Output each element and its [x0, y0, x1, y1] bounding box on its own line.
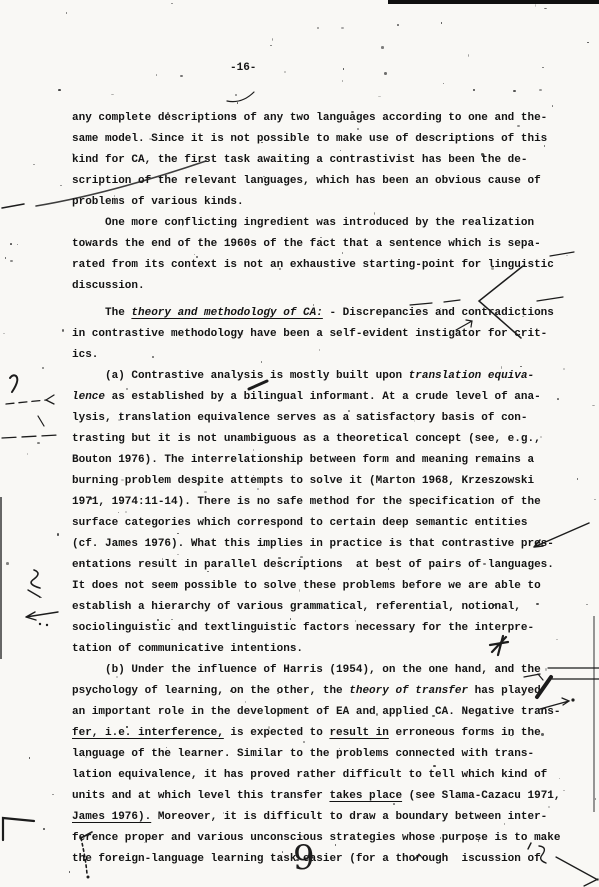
scan-speck	[586, 604, 587, 605]
scan-speck	[535, 4, 536, 7]
text-line: in contrastive methodology have been a s…	[72, 328, 582, 349]
text-segment: sociolinguistic and textlinguistic facto…	[72, 622, 534, 634]
scan-edge-left-line	[0, 497, 2, 659]
scan-speck	[272, 38, 273, 41]
margin-arrowhead-left	[46, 395, 54, 404]
text-line: problems of various kinds.	[72, 196, 582, 217]
text-segment: lation equivalence, it has proved rather…	[72, 769, 547, 781]
text-segment: result in	[329, 727, 388, 739]
scan-speck	[397, 24, 399, 26]
text-line: 1971, 1974:11-14). There is no safe meth…	[72, 496, 582, 517]
text-line: lysis, translation equivalence serves as…	[72, 412, 582, 433]
text-segment: erroneous forms in the	[389, 727, 541, 739]
text-segment: psychology of learning, on the other, th…	[72, 685, 349, 697]
text-line: entations result in parallel description…	[72, 559, 582, 580]
scan-speck	[180, 75, 183, 78]
scan-speck	[381, 46, 384, 48]
text-line: psychology of learning, on the other, th…	[72, 685, 582, 706]
scan-speck	[441, 22, 443, 24]
scan-speck	[443, 83, 444, 84]
margin-tick-left	[38, 416, 44, 426]
text-line: ics.	[72, 349, 582, 370]
text-segment: ference proper and various unconscious s…	[72, 832, 560, 844]
text-segment: towards the end of the 1960s of the fact…	[72, 238, 541, 250]
text-line: lence as established by a bilingual info…	[72, 391, 582, 412]
text-line: tation of communicative intentions.	[72, 643, 582, 664]
text-segment: rated from its context is not an exhaust…	[72, 259, 554, 271]
margin-arrow-left	[26, 612, 58, 620]
text-segment: language of the learner. Similar to the …	[72, 748, 534, 760]
text-line: surface categories which correspond to c…	[72, 517, 582, 538]
scan-speck	[17, 244, 18, 245]
scan-speck	[544, 8, 547, 9]
text-line: discussion.	[72, 280, 582, 301]
text-line: rated from its context is not an exhaust…	[72, 259, 582, 280]
text-line: language of the learner. Similar to the …	[72, 748, 582, 769]
text-segment: translation equiva-	[409, 370, 534, 382]
scan-speck	[343, 68, 344, 70]
scan-speck	[43, 828, 45, 830]
text-line: One more conflicting ingredient was intr…	[72, 217, 582, 238]
text-body: any complete descriptions of any two lan…	[72, 112, 582, 874]
scan-speck	[341, 27, 344, 30]
scan-speck	[235, 94, 238, 96]
scan-speck	[587, 42, 588, 43]
scan-speck	[171, 3, 173, 4]
page-number: -16-	[230, 62, 256, 74]
scan-speck	[156, 74, 157, 76]
scan-speck	[270, 45, 272, 46]
text-segment: lence	[72, 391, 105, 403]
text-line: kind for CA, the first task awaiting a c…	[72, 154, 582, 175]
text-segment: discussion.	[72, 280, 145, 292]
text-line: It does not seem possible to solve these…	[72, 580, 582, 601]
text-segment: any complete descriptions of any two lan…	[72, 112, 547, 124]
scan-edge-top-bar	[388, 0, 599, 4]
text-segment: - Discrepancies and contradictions	[323, 307, 554, 319]
scan-speck	[595, 798, 596, 801]
text-segment: 1971, 1974:11-14). There is no safe meth…	[72, 496, 541, 508]
text-segment: Bouton 1976). The interrelationship betw…	[72, 454, 534, 466]
text-line: burning problem despite attempts to solv…	[72, 475, 582, 496]
text-segment: tation of communicative intentions.	[72, 643, 303, 655]
scan-speck	[10, 260, 12, 262]
margin-dash-arrow-left	[6, 400, 46, 404]
scan-speck	[111, 94, 114, 95]
text-segment: units and at which level this transfer	[72, 790, 329, 802]
text-segment: (b) Under the influence of Harris (1954)…	[105, 664, 541, 676]
text-line: an important role in the development of …	[72, 706, 582, 727]
bottom-left-bracket	[3, 818, 34, 840]
text-line: (a) Contrastive analysis is mostly built…	[72, 370, 582, 391]
text-segment: in contrastive methodology have been a s…	[72, 328, 547, 340]
scan-speck	[29, 757, 30, 759]
text-segment: trasting but it is not unambiguous as a …	[72, 433, 541, 445]
scan-speck	[552, 105, 553, 107]
scanned-page: -16- any complete descriptions of any tw…	[0, 0, 599, 887]
pen-dot-bottom	[87, 876, 90, 879]
text-segment: as established by a bilingual informant.…	[105, 391, 541, 403]
pen-dot-left-2	[46, 624, 48, 626]
scan-speck	[594, 499, 596, 500]
scan-speck	[5, 257, 7, 259]
text-segment: burning problem despite attempts to solv…	[72, 475, 534, 487]
scan-speck	[378, 96, 380, 97]
text-segment: James 1976).	[72, 811, 151, 823]
text-line: towards the end of the 1960s of the fact…	[72, 238, 582, 259]
text-segment: The	[105, 307, 131, 319]
text-segment: scription of the relevant languages, whi…	[72, 175, 541, 187]
scan-speck	[3, 333, 5, 334]
scan-speck	[57, 533, 59, 536]
text-segment: same model. Since it is not possible to …	[72, 133, 547, 145]
scan-speck	[384, 72, 387, 75]
text-line: trasting but it is not unambiguous as a …	[72, 433, 582, 454]
text-line: same model. Since it is not possible to …	[72, 133, 582, 154]
scan-speck	[539, 89, 542, 91]
text-segment: fer, i.e. interference,	[72, 727, 224, 739]
text-line: ference proper and various unconscious s…	[72, 832, 582, 853]
text-segment: surface categories which correspond to c…	[72, 517, 527, 529]
scan-speck	[66, 12, 67, 13]
text-segment: theory and methodology of CA:	[131, 307, 322, 319]
folio-number: 9	[293, 838, 315, 878]
pen-curve-under-pagenumber	[227, 92, 254, 102]
scan-speck	[284, 71, 286, 73]
scan-speck	[6, 562, 9, 565]
scan-edge-right-line	[593, 616, 595, 812]
margin-squiggle-upper-left	[10, 375, 17, 392]
scan-speck	[27, 453, 28, 456]
text-line: any complete descriptions of any two lan…	[72, 112, 582, 133]
scan-speck	[37, 442, 40, 444]
scan-speck	[513, 90, 515, 92]
margin-squiggle-left-2	[28, 590, 40, 597]
scan-speck	[592, 405, 595, 406]
text-segment: Moreover, it is difficult to draw a boun…	[151, 811, 547, 823]
text-segment: ics.	[72, 349, 98, 361]
text-segment: has played	[468, 685, 541, 697]
text-line: The theory and methodology of CA: - Disc…	[72, 307, 582, 328]
scan-speck	[237, 102, 238, 104]
text-segment: kind for CA, the first task awaiting a c…	[72, 154, 527, 166]
scan-speck	[542, 67, 544, 69]
scan-speck	[32, 436, 34, 437]
text-segment: (cf. James 1976). What this implies in p…	[72, 538, 554, 550]
text-line: scription of the relevant languages, whi…	[72, 175, 582, 196]
text-line: (b) Under the influence of Harris (1954)…	[72, 664, 582, 685]
text-segment: theory of transfer	[349, 685, 468, 697]
scan-speck	[468, 54, 469, 57]
text-segment: It does not seem possible to solve these…	[72, 580, 541, 592]
scan-speck	[62, 329, 64, 332]
pen-dot-left-1	[39, 623, 41, 625]
text-segment: an important role in the development of …	[72, 706, 560, 718]
scan-speck	[473, 89, 475, 90]
text-segment: One more conflicting ingredient was intr…	[105, 217, 534, 229]
text-segment: takes place	[329, 790, 402, 802]
text-line: (cf. James 1976). What this implies in p…	[72, 538, 582, 559]
text-line: Bouton 1976). The interrelationship betw…	[72, 454, 582, 475]
margin-dashline-left	[2, 435, 58, 438]
text-line: fer, i.e. interference, is expected to r…	[72, 727, 582, 748]
pen-dash-left-top	[2, 204, 24, 208]
text-line: James 1976). Moreover, it is difficult t…	[72, 811, 582, 832]
scan-speck	[69, 871, 70, 873]
margin-squiggle-left-1	[31, 570, 40, 588]
text-line: units and at which level this transfer t…	[72, 790, 582, 811]
scan-speck	[342, 80, 343, 82]
text-segment: establish a hierarchy of various grammat…	[72, 601, 521, 613]
text-segment: (see Slama-Cazacu 1971,	[402, 790, 560, 802]
scan-speck	[60, 185, 62, 186]
text-segment: (a) Contrastive analysis is mostly built…	[105, 370, 409, 382]
text-segment: problems of various kinds.	[72, 196, 244, 208]
text-segment: lysis, translation equivalence serves as…	[72, 412, 527, 424]
scan-speck	[10, 243, 13, 245]
text-line: lation equivalence, it has proved rather…	[72, 769, 582, 790]
scan-speck	[39, 597, 42, 598]
scan-speck	[42, 367, 43, 369]
scan-speck	[52, 794, 54, 795]
scan-speck	[33, 164, 34, 166]
text-segment: entations result in parallel description…	[72, 559, 554, 571]
text-line: establish a hierarchy of various grammat…	[72, 601, 582, 622]
text-line: the foreign-language learning task easie…	[72, 853, 582, 874]
scan-speck	[58, 89, 61, 91]
text-line: sociolinguistic and textlinguistic facto…	[72, 622, 582, 643]
scan-speck	[317, 27, 319, 29]
text-segment: is expected to	[224, 727, 330, 739]
